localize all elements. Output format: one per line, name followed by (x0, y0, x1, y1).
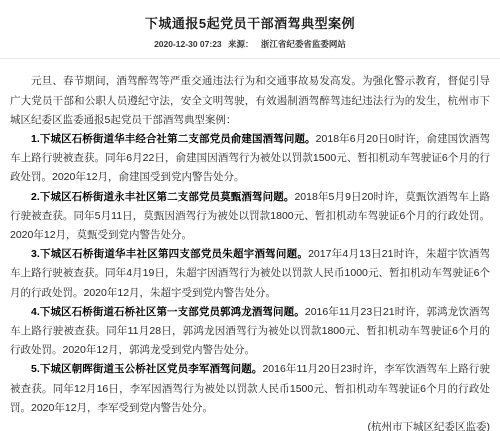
article-page: 下城通报5起党员干部酒驾典型案例 2020-12-30 07:23 来源： 浙江… (0, 0, 500, 431)
attribution: (杭州市下城区纪委区监委) (10, 418, 490, 431)
source-label: 来源： (228, 39, 254, 49)
case-1-heading: 1.下城区石桥街道华丰经合社第二支部党员俞建国酒驾问题。 (31, 133, 316, 145)
case-paragraph-1: 1.下城区石桥街道华丰经合社第二支部党员俞建国酒驾问题。2018年6月20日0时… (10, 130, 490, 188)
case-paragraph-2: 2.下城区石桥街道永丰社区第二支部党员莫甄酒驾问题。2018年5月9日20时许，… (10, 188, 490, 246)
case-paragraph-4: 4.下城区石桥街道石桥社区第一支部党员郭鸿龙酒驾问题。2016年11月23日21… (10, 303, 490, 361)
page-title: 下城通报5起党员干部酒驾典型案例 (0, 15, 500, 33)
article-body: 元旦、春节期间，酒驾醉驾等严重交通违法行为和交通事故易发高发。为强化警示教育，督… (0, 59, 500, 431)
publish-datetime: 2020-12-30 07:23 (154, 39, 222, 49)
case-2-heading: 2.下城区石桥街道永丰社区第二支部党员莫甄酒驾问题。 (31, 191, 294, 203)
article-meta: 2020-12-30 07:23 来源： 浙江省纪委省监委网站 (0, 39, 500, 49)
intro-paragraph: 元旦、春节期间，酒驾醉驾等严重交通违法行为和交通事故易发高发。为强化警示教育，督… (10, 72, 490, 130)
case-3-heading: 3.下城区石桥街道华丰社区第四支部党员朱超宇酒驾问题。 (31, 248, 308, 260)
case-5-heading: 5.下城区朝晖街道玉公桥社区党员李军酒驾问题。 (31, 363, 262, 375)
case-4-heading: 4.下城区石桥街道石桥社区第一支部党员郭鸿龙酒驾问题。 (31, 306, 305, 318)
source-name: 浙江省纪委省监委网站 (261, 39, 346, 49)
case-paragraph-5: 5.下城区朝晖街道玉公桥社区党员李军酒驾问题。2016年11月20日23时许，李… (10, 360, 490, 418)
case-paragraph-3: 3.下城区石桥街道华丰社区第四支部党员朱超宇酒驾问题。2017年4月13日21时… (10, 245, 490, 303)
article-header: 下城通报5起党员干部酒驾典型案例 2020-12-30 07:23 来源： 浙江… (0, 0, 500, 49)
